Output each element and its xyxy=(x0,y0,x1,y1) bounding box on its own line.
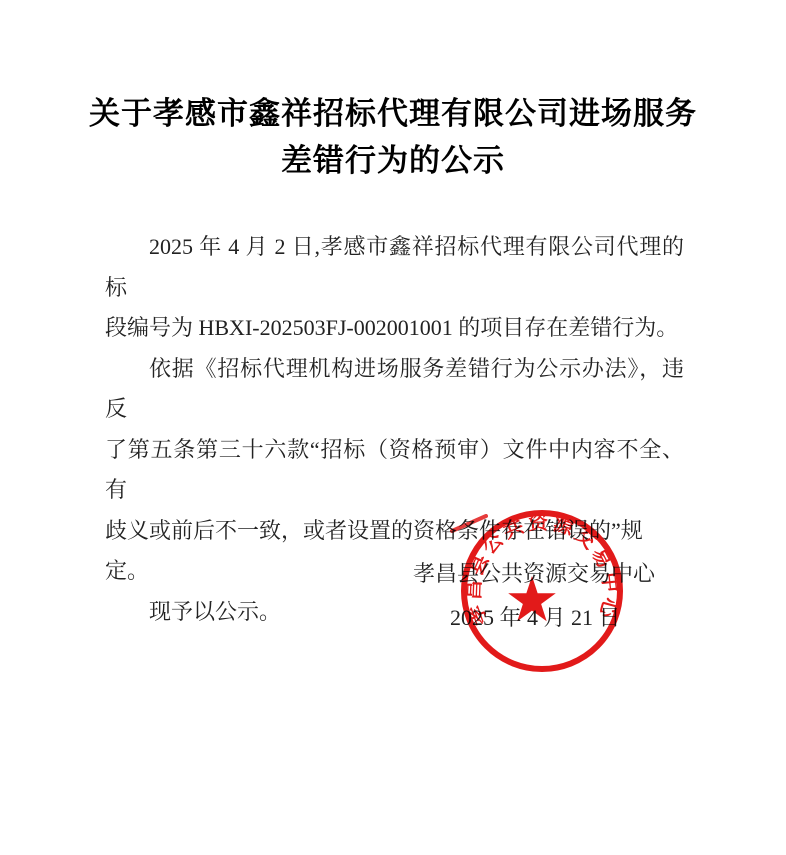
signature-date: 2025 年 4 月 21 日 xyxy=(450,605,621,631)
notice-title-line1: 关于孝感市鑫祥招标代理有限公司进场服务 xyxy=(0,90,786,137)
body-line: 段编号为 HBXI-202503FJ-002001001 的项目存在差错行为。 xyxy=(105,308,684,349)
notice-title: 关于孝感市鑫祥招标代理有限公司进场服务 差错行为的公示 xyxy=(0,90,786,184)
body-line: 了第五条第三十六款“招标（资格预审）文件中内容不全、有 xyxy=(105,430,684,511)
notice-document: 关于孝感市鑫祥招标代理有限公司进场服务 差错行为的公示 2025 年 4 月 2… xyxy=(0,0,786,855)
notice-title-line2: 差错行为的公示 xyxy=(0,137,786,184)
signature-organization: 孝昌县公共资源交易中心 xyxy=(413,561,655,587)
body-line: 2025 年 4 月 2 日,孝感市鑫祥招标代理有限公司代理的标 xyxy=(105,227,684,308)
body-line: 依据《招标代理机构进场服务差错行为公示办法》，违反 xyxy=(105,349,684,430)
